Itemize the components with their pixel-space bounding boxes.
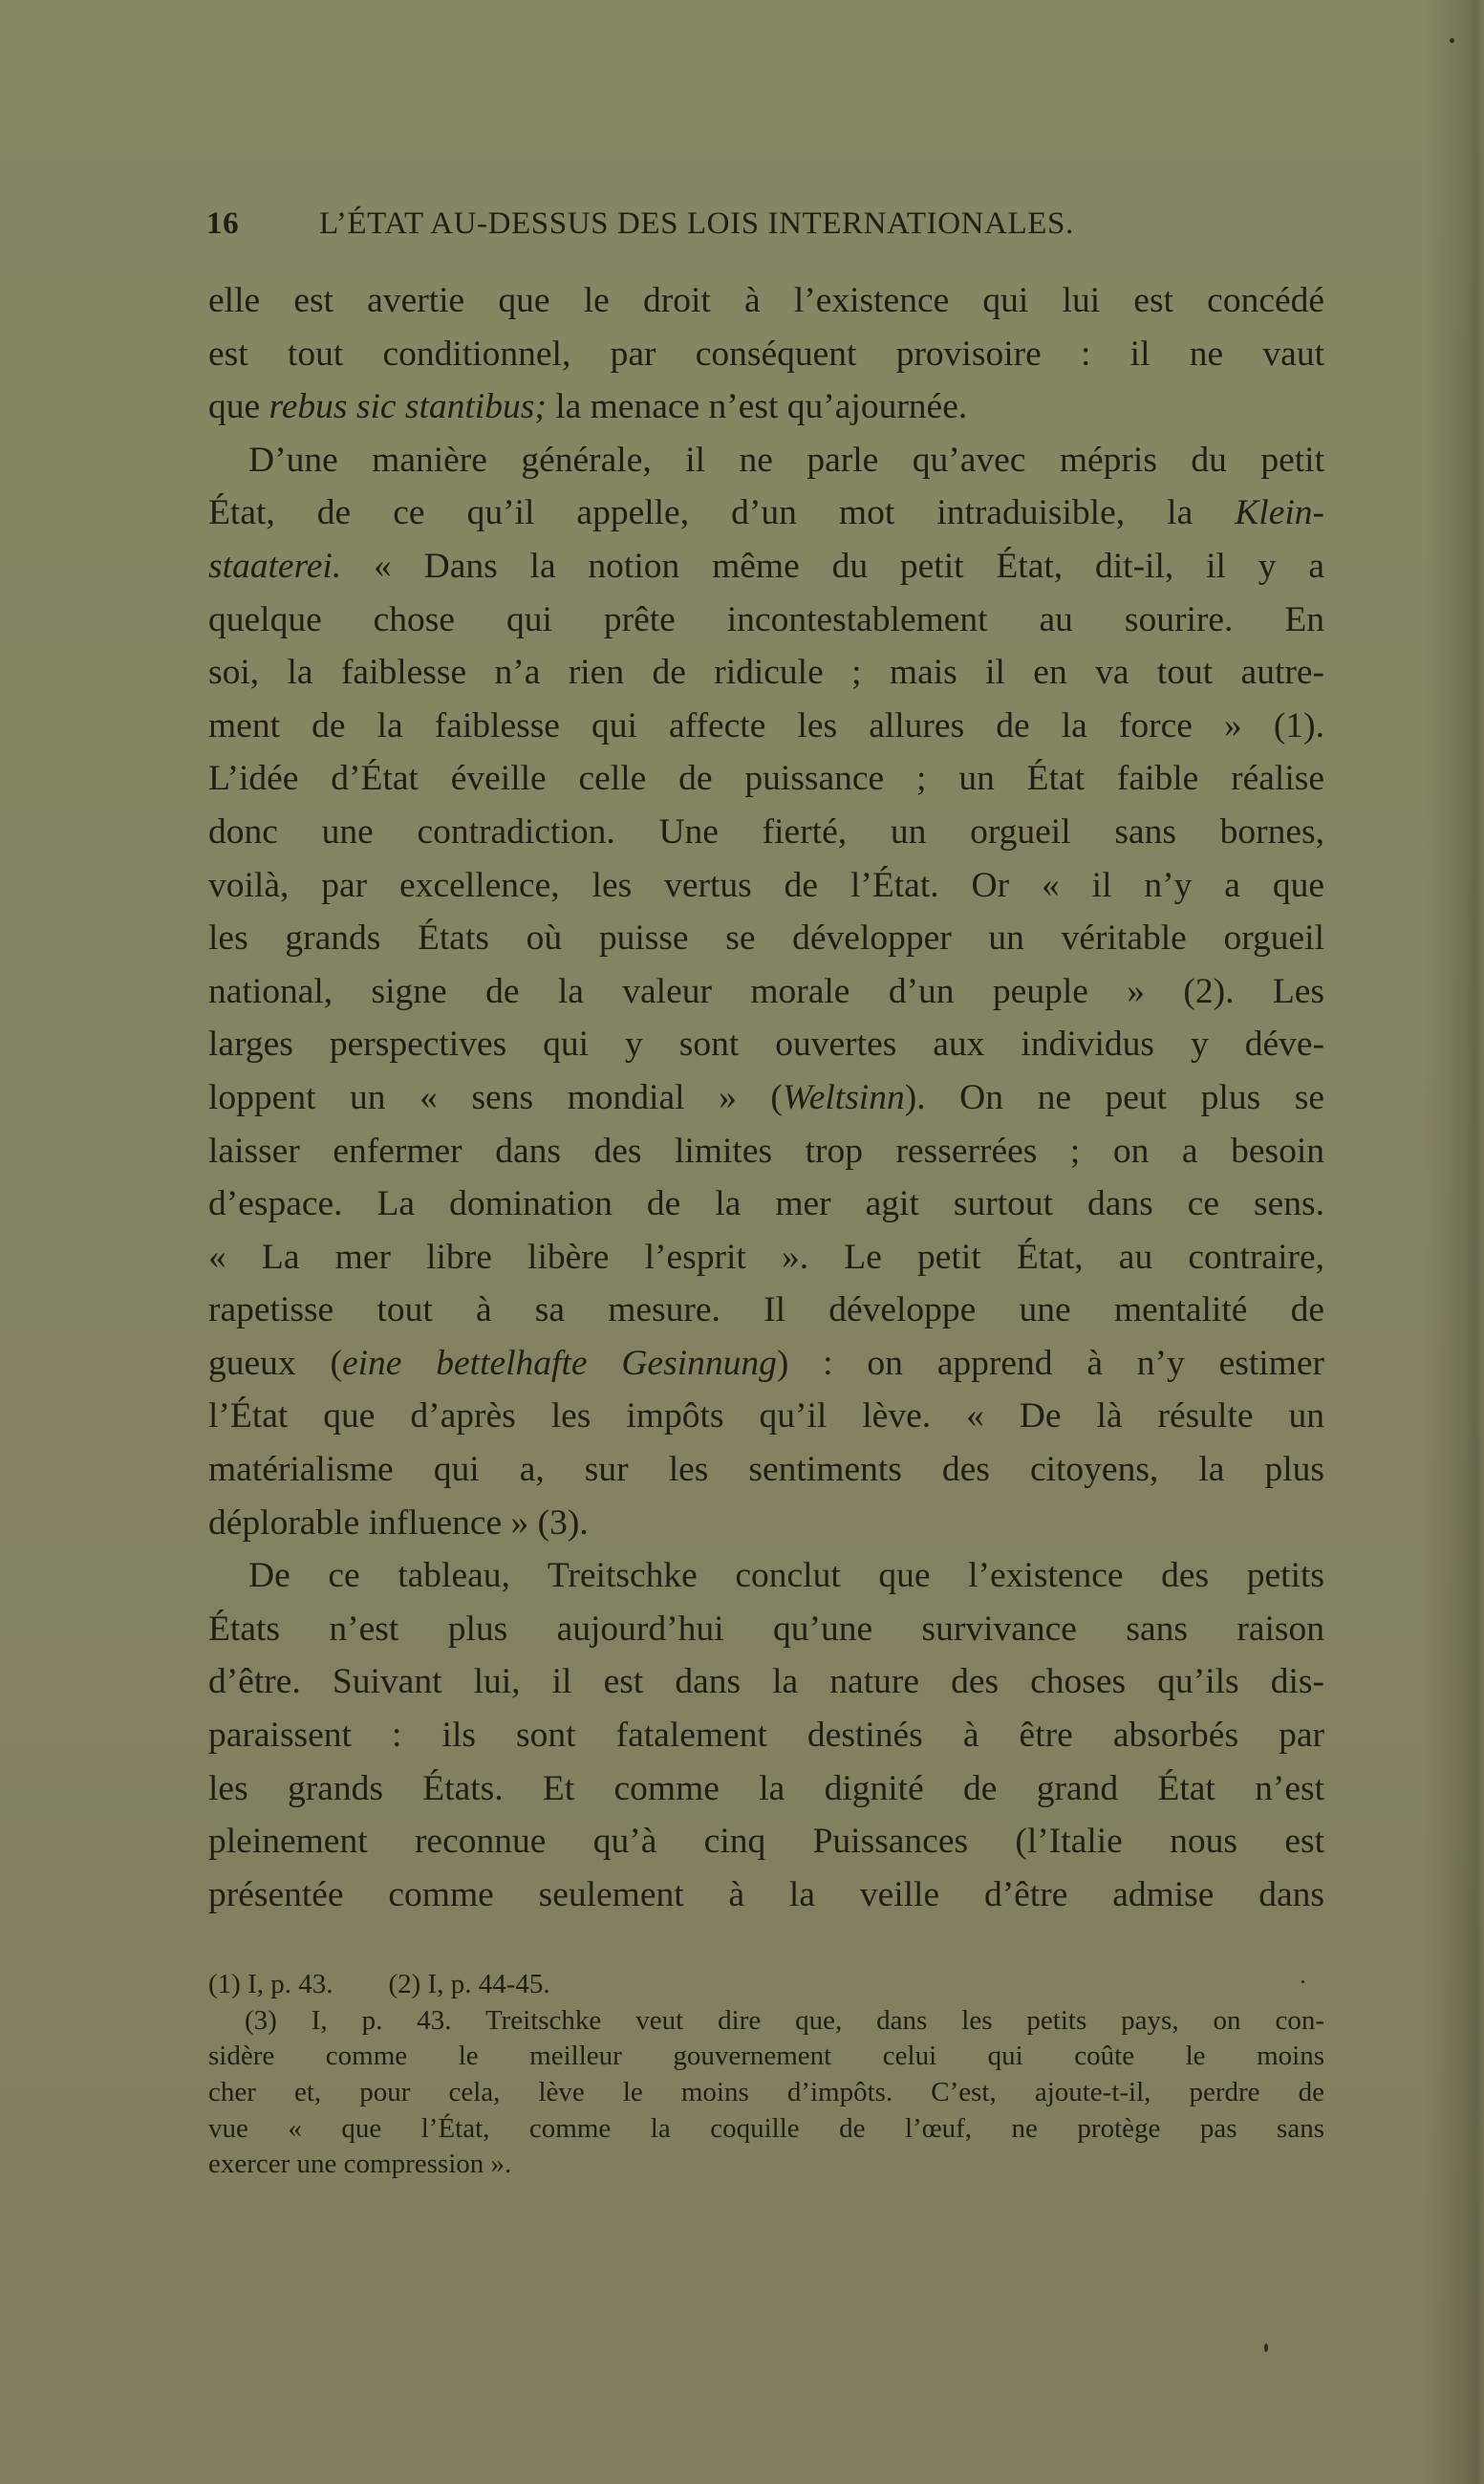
text-line: loppent un « sens mondial » (Weltsinn). … — [208, 1071, 1324, 1125]
footnote-3-line: vue « que l’État, comme la coquille de l… — [208, 2111, 1324, 2148]
text-line: ment de la faiblesse qui affecte les all… — [208, 700, 1324, 753]
footnotes: (1) I, p. 43.(2) I, p. 44-45. (3) I, p. … — [208, 1967, 1324, 2183]
text-line: voilà, par excellence, les vertus de l’É… — [208, 859, 1324, 913]
book-page: 16L’ÉTAT AU-DESSUS DES LOIS INTERNATIONA… — [0, 0, 1484, 2484]
text-line: pleinement reconnue qu’à cinq Puissances… — [208, 1815, 1324, 1868]
footnote-2: (2) I, p. 44-45. — [388, 1969, 549, 1999]
text-segment: ) : on apprend à n’y estimer — [777, 1344, 1324, 1383]
text-segment: les grands États où puisse se développer… — [208, 918, 1324, 958]
italic-text: Weltsinn — [783, 1078, 905, 1117]
text-line: larges perspectives qui y sont ouvertes … — [208, 1018, 1324, 1071]
text-segment: matérialisme qui a, sur les sentiments d… — [208, 1450, 1324, 1489]
paper-speck — [1264, 2344, 1268, 2352]
text-line: rapetisse tout à sa mesure. Il développe… — [208, 1284, 1324, 1337]
italic-text: eine bettelhafte Gesinnung — [342, 1344, 777, 1383]
text-line: D’une manière générale, il ne parle qu’a… — [208, 434, 1324, 487]
italic-text: staaterei. — [208, 547, 341, 586]
text-segment: d’espace. La domination de la mer agit s… — [208, 1184, 1324, 1223]
text-line: De ce tableau, Treitschke conclut que l’… — [208, 1549, 1324, 1603]
text-segment: « Dans la notion même du petit État, dit… — [341, 547, 1324, 586]
text-segment: gueux ( — [208, 1344, 342, 1383]
body-text: elle est avertie que le droit à l’existe… — [208, 274, 1324, 1921]
text-line: que rebus sic stantibus; la menace n’est… — [208, 380, 1324, 434]
text-segment: elle est avertie que le droit à l’existe… — [208, 281, 1324, 320]
text-segment: que — [208, 387, 269, 426]
text-line: d’espace. La domination de la mer agit s… — [208, 1177, 1324, 1231]
text-line: elle est avertie que le droit à l’existe… — [208, 274, 1324, 328]
footnote-3-line: (3) I, p. 43. Treitschke veut dire que, … — [208, 2003, 1324, 2040]
footnote-3-line: exercer une compression ». — [208, 2147, 1324, 2183]
text-line: présentée comme seulement à la veille d’… — [208, 1868, 1324, 1922]
text-line: staaterei. « Dans la notion même du peti… — [208, 540, 1324, 594]
text-line: national, signe de la valeur morale d’un… — [208, 965, 1324, 1019]
text-segment: voilà, par excellence, les vertus de l’É… — [208, 866, 1324, 905]
text-line: gueux (eine bettelhafte Gesinnung) : on … — [208, 1337, 1324, 1391]
text-line: matérialisme qui a, sur les sentiments d… — [208, 1443, 1324, 1497]
text-segment: est tout conditionnel, par conséquent pr… — [208, 335, 1324, 374]
text-segment: soi, la faiblesse n’a rien de ridicule ;… — [208, 653, 1324, 692]
running-title: L’ÉTAT AU-DESSUS DES LOIS INTERNATIONALE… — [319, 206, 1074, 242]
text-line: les grands États. Et comme la dignité de… — [208, 1762, 1324, 1816]
italic-text: Klein- — [1235, 493, 1324, 532]
paper-speck — [1450, 38, 1454, 43]
text-line: L’idée d’État éveille celle de puissance… — [208, 752, 1324, 806]
page-number: 16 — [206, 206, 319, 242]
text-line: « La mer libre libère l’esprit ». Le pet… — [208, 1231, 1324, 1285]
text-segment: rapetisse tout à sa mesure. Il développe… — [208, 1290, 1324, 1329]
text-segment: ment de la faiblesse qui affecte les all… — [208, 706, 1324, 745]
text-line: est tout conditionnel, par conséquent pr… — [208, 328, 1324, 381]
text-line: laisser enfermer dans des limites trop r… — [208, 1125, 1324, 1178]
text-segment: d’être. Suivant lui, il est dans la natu… — [208, 1662, 1324, 1701]
text-line: quelque chose qui prête incontestablemen… — [208, 594, 1324, 647]
footnote-3-line: sidère comme le meilleur gouvernement ce… — [208, 2039, 1324, 2075]
text-segment: la menace n’est qu’ajournée. — [547, 387, 967, 426]
text-segment: ). On ne peut plus se — [905, 1078, 1324, 1117]
text-segment: L’idée d’État éveille celle de puissance… — [208, 759, 1324, 798]
text-segment: larges perspectives qui y sont ouvertes … — [208, 1025, 1324, 1064]
text-line: les grands États où puisse se développer… — [208, 912, 1324, 965]
text-line: d’être. Suivant lui, il est dans la natu… — [208, 1655, 1324, 1709]
paper-speck — [1301, 1980, 1304, 1983]
text-segment: donc une contradiction. Une fierté, un o… — [208, 812, 1324, 852]
text-segment: national, signe de la valeur morale d’un… — [208, 972, 1324, 1011]
text-line: déplorable influence » (3). — [208, 1497, 1324, 1550]
text-line: État, de ce qu’il appelle, d’un mot intr… — [208, 486, 1324, 540]
text-segment: États n’est plus aujourd’hui qu’une surv… — [208, 1609, 1324, 1649]
text-segment: D’une manière générale, il ne parle qu’a… — [248, 441, 1324, 480]
text-segment: déplorable influence » (3). — [208, 1503, 589, 1543]
footnote-3-line: cher et, pour cela, lève le moins d’impô… — [208, 2075, 1324, 2111]
text-segment: quelque chose qui prête incontestablemen… — [208, 600, 1324, 639]
text-line: donc une contradiction. Une fierté, un o… — [208, 806, 1324, 859]
text-line: soi, la faiblesse n’a rien de ridicule ;… — [208, 646, 1324, 700]
text-segment: loppent un « sens mondial » ( — [208, 1078, 783, 1117]
text-segment: laisser enfermer dans des limites trop r… — [208, 1132, 1324, 1171]
text-line: États n’est plus aujourd’hui qu’une surv… — [208, 1603, 1324, 1656]
page-edge-shadow — [1463, 0, 1484, 2484]
text-segment: « La mer libre libère l’esprit ». Le pet… — [208, 1238, 1324, 1277]
footnote-line: (1) I, p. 43.(2) I, p. 44-45. — [208, 1967, 1324, 2003]
text-segment: paraissent : ils sont fatalement destiné… — [208, 1716, 1324, 1755]
running-head: 16L’ÉTAT AU-DESSUS DES LOIS INTERNATIONA… — [206, 206, 1219, 245]
text-segment: pleinement reconnue qu’à cinq Puissances… — [208, 1822, 1324, 1861]
italic-text: rebus sic stantibus; — [269, 387, 547, 426]
footnote-1: (1) I, p. 43. — [208, 1969, 333, 1999]
text-segment: présentée comme seulement à la veille d’… — [208, 1875, 1324, 1914]
text-line: l’État que d’après les impôts qu’il lève… — [208, 1390, 1324, 1443]
text-segment: les grands États. Et comme la dignité de… — [208, 1769, 1324, 1808]
text-segment: État, de ce qu’il appelle, d’un mot intr… — [208, 493, 1235, 532]
text-line: paraissent : ils sont fatalement destiné… — [208, 1709, 1324, 1762]
text-segment: l’État que d’après les impôts qu’il lève… — [208, 1396, 1324, 1436]
text-segment: De ce tableau, Treitschke conclut que l’… — [248, 1556, 1324, 1595]
